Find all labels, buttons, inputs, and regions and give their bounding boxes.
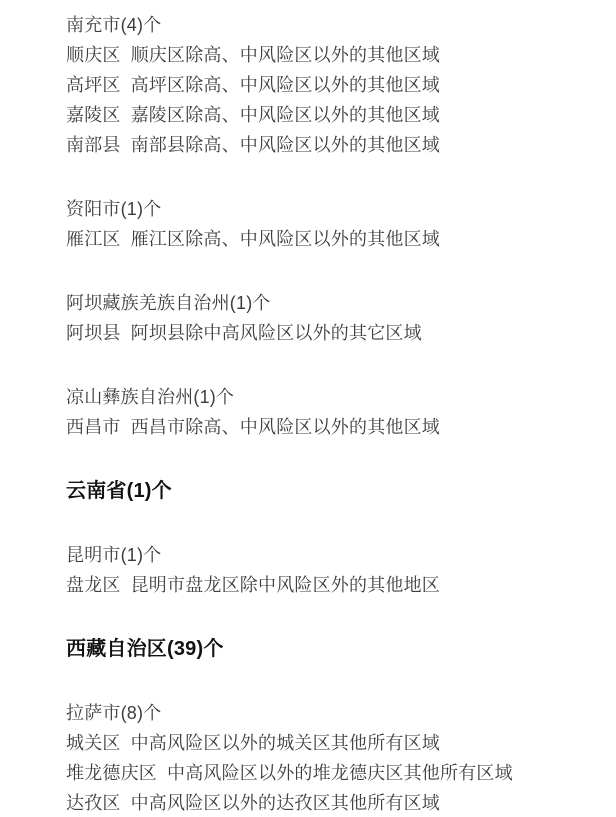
district-row: 嘉陵区嘉陵区除高、中风险区以外的其他区域 xyxy=(66,100,576,130)
district-row: 盘龙区昆明市盘龙区除中风险区外的其他地区 xyxy=(66,570,576,600)
district-name: 南部县 xyxy=(66,135,121,155)
district-description: 雁江区除高、中风险区以外的其他区域 xyxy=(131,229,440,249)
district-name: 顺庆区 xyxy=(66,45,121,65)
city-section: 昆明市(1)个盘龙区昆明市盘龙区除中风险区外的其他地区 xyxy=(66,540,576,600)
district-description: 高坪区除高、中风险区以外的其他区域 xyxy=(131,75,440,95)
district-description: 中高风险区以外的达孜区其他所有区域 xyxy=(131,793,440,813)
city-section: 阿坝藏族羌族自治州(1)个阿坝县阿坝县除中高风险区以外的其它区域 xyxy=(66,288,576,348)
city-section: 拉萨市(8)个城关区中高风险区以外的城关区其他所有区域堆龙德庆区中高风险区以外的… xyxy=(66,698,576,817)
district-description: 顺庆区除高、中风险区以外的其他区域 xyxy=(131,45,440,65)
district-description: 中高风险区以外的堆龙德庆区其他所有区域 xyxy=(167,763,513,783)
district-row: 雁江区雁江区除高、中风险区以外的其他区域 xyxy=(66,224,576,254)
city-section: 资阳市(1)个雁江区雁江区除高、中风险区以外的其他区域 xyxy=(66,194,576,254)
district-name: 阿坝县 xyxy=(66,323,121,343)
city-section: 南充市(4)个顺庆区顺庆区除高、中风险区以外的其他区域高坪区高坪区除高、中风险区… xyxy=(66,10,576,160)
district-description: 阿坝县除中高风险区以外的其它区域 xyxy=(131,323,422,343)
city-section: 凉山彝族自治州(1)个西昌市西昌市除高、中风险区以外的其他区域 xyxy=(66,382,576,442)
province-header: 云南省(1)个 xyxy=(66,476,576,506)
document-body: 南充市(4)个顺庆区顺庆区除高、中风险区以外的其他区域高坪区高坪区除高、中风险区… xyxy=(0,0,616,817)
district-name: 城关区 xyxy=(66,733,121,753)
province-section: 云南省(1)个 xyxy=(66,476,576,506)
city-header: 昆明市(1)个 xyxy=(66,540,576,570)
district-row: 阿坝县阿坝县除中高风险区以外的其它区域 xyxy=(66,318,576,348)
district-row: 高坪区高坪区除高、中风险区以外的其他区域 xyxy=(66,70,576,100)
district-description: 昆明市盘龙区除中风险区外的其他地区 xyxy=(131,575,440,595)
city-header: 阿坝藏族羌族自治州(1)个 xyxy=(66,288,576,318)
city-header: 凉山彝族自治州(1)个 xyxy=(66,382,576,412)
province-header: 西藏自治区(39)个 xyxy=(66,634,576,664)
district-row: 南部县南部县除高、中风险区以外的其他区域 xyxy=(66,130,576,160)
district-name: 西昌市 xyxy=(66,417,121,437)
city-header: 拉萨市(8)个 xyxy=(66,698,576,728)
district-row: 城关区中高风险区以外的城关区其他所有区域 xyxy=(66,728,576,758)
district-row: 堆龙德庆区中高风险区以外的堆龙德庆区其他所有区域 xyxy=(66,758,576,788)
district-description: 西昌市除高、中风险区以外的其他区域 xyxy=(131,417,440,437)
district-row: 西昌市西昌市除高、中风险区以外的其他区域 xyxy=(66,412,576,442)
district-name: 高坪区 xyxy=(66,75,121,95)
district-name: 达孜区 xyxy=(66,793,121,813)
district-row: 顺庆区顺庆区除高、中风险区以外的其他区域 xyxy=(66,40,576,70)
province-section: 西藏自治区(39)个 xyxy=(66,634,576,664)
district-name: 堆龙德庆区 xyxy=(66,763,157,783)
district-name: 嘉陵区 xyxy=(66,105,121,125)
district-name: 雁江区 xyxy=(66,229,121,249)
city-header: 南充市(4)个 xyxy=(66,10,576,40)
district-description: 南部县除高、中风险区以外的其他区域 xyxy=(131,135,440,155)
district-row: 达孜区中高风险区以外的达孜区其他所有区域 xyxy=(66,788,576,817)
city-header: 资阳市(1)个 xyxy=(66,194,576,224)
district-description: 嘉陵区除高、中风险区以外的其他区域 xyxy=(131,105,440,125)
district-name: 盘龙区 xyxy=(66,575,121,595)
district-description: 中高风险区以外的城关区其他所有区域 xyxy=(131,733,440,753)
